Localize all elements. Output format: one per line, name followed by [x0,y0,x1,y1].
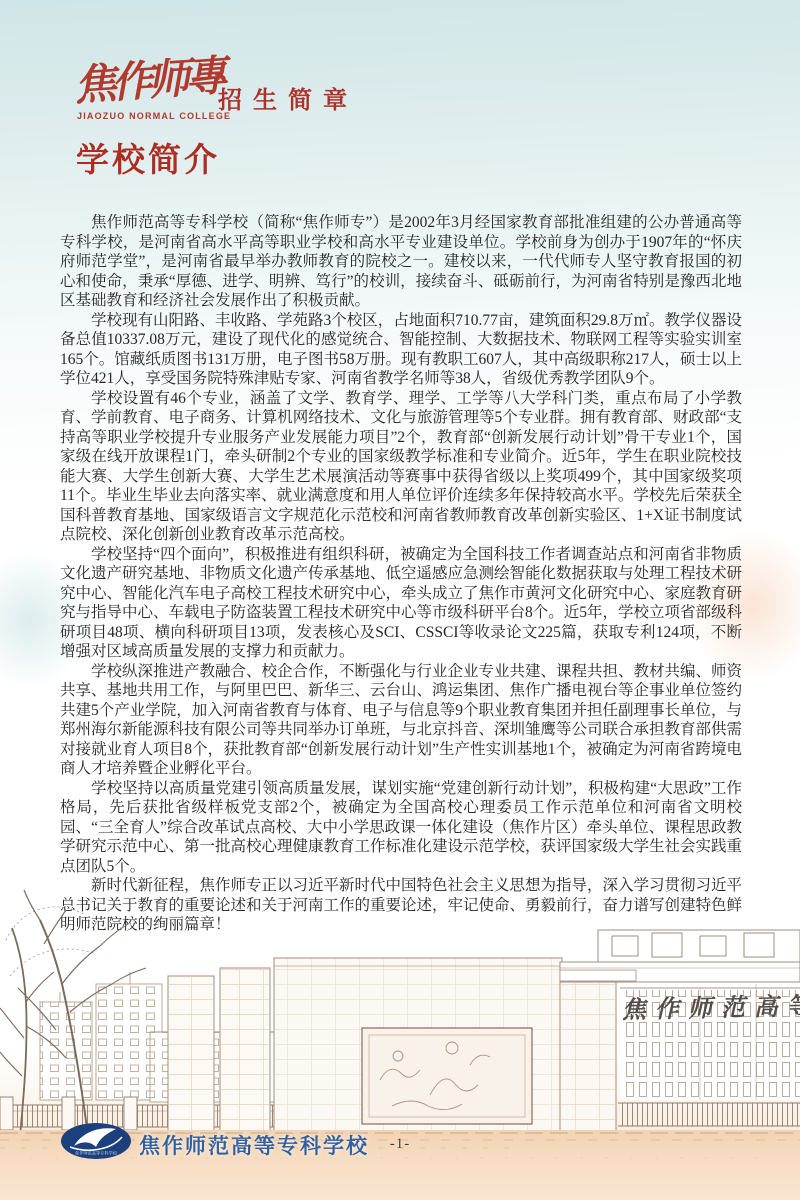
intro-paragraph: 学校坚持以高质量党建引领高质量发展，谋划实施“党建创新行动计划”，积极构建“大思… [60,779,742,877]
intro-paragraph: 学校设置有46个专业，涵盖了文学、教育学、理学、工学等八大学科门类，重点布局了小… [60,389,742,545]
gate-sign-text: 焦作师范高等专科学校 [622,988,800,1024]
booklet-title: 招生简章 [218,80,358,115]
section-title: 学校简介 [76,134,220,181]
intro-paragraph: 学校现有山阳路、丰收路、学苑路3个校区，占地面积710.77亩，建筑面积29.8… [60,311,742,389]
mural-wall [274,958,562,1134]
brochure-page: 焦作师專 JIAOZUO NORMAL COLLEGE 招生简章 学校简介 焦作… [0,0,800,1200]
fence-right [618,1103,800,1126]
mural-relief [362,1028,532,1124]
intro-paragraph: 焦作师范高等专科学校（简称“焦作师专”）是2002年3月经国家教育部批准组建的公… [60,213,742,311]
school-intro-article: 焦作师范高等专科学校（简称“焦作师专”）是2002年3月经国家教育部批准组建的公… [60,213,742,935]
school-logo-english: JIAOZUO NORMAL COLLEGE [77,111,231,121]
school-logo-calligraphy: 焦作师專 [72,43,224,113]
page-number: -1- [0,1136,800,1153]
intro-paragraph: 学校坚持“四个面向”，积极推进有组织科研，被确定为全国科技工作者调查站点和河南省… [60,545,742,662]
intro-paragraph: 学校纵深推进产教融合、校企合作，不断强化与行业企业专业共建、课程共担、教材共编、… [60,662,742,779]
